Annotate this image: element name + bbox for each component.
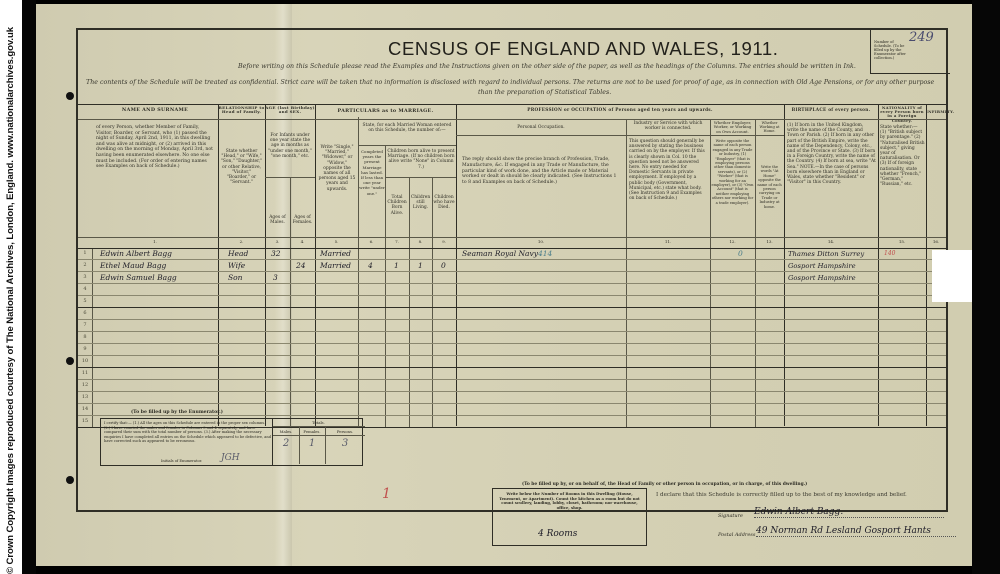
table-row: 5 (78, 296, 946, 308)
cell-marital-status: Married (320, 260, 351, 272)
table-row: 4 (78, 284, 946, 296)
cell-name: Edwin Samuel Bagg (100, 272, 177, 284)
copyright-strip: © Crown Copyright Images reproduced cour… (0, 0, 22, 574)
header-children-total: Total Children Born Alive. (385, 195, 409, 216)
row-line (78, 119, 946, 120)
cell-nationality-mark: 140 (884, 248, 895, 260)
row-line (265, 177, 315, 178)
instruction-line-2: The contents of the Schedule will be tre… (86, 79, 934, 86)
address-label: Postal Address (718, 532, 755, 538)
row-line (358, 145, 456, 146)
table-body: 1 Edwin Albert Bagg Head 32 Married Seam… (78, 248, 946, 427)
enumerator-initials-label: Initials of Enumerator. (161, 459, 202, 463)
header-nationality: NATIONALITY of every Person born in a Fo… (878, 106, 926, 123)
scan-border-right (972, 0, 1000, 574)
header-nationality-desc: State whether:— (1) "British subject by … (880, 125, 925, 187)
cell-children-living: 1 (418, 260, 423, 272)
table-row: 8 (78, 332, 946, 344)
table-row: 11 (78, 368, 946, 380)
signature-label: Signature (718, 513, 743, 519)
header-birthplace-desc: (1) If born in the United Kingdom, write… (787, 123, 876, 185)
row-line (385, 177, 456, 178)
row-number: 12 (80, 382, 90, 388)
row-number: 13 (80, 394, 90, 400)
household-table: NAME AND SURNAME of every Person, whethe… (78, 104, 946, 426)
form-title: CENSUS OF ENGLAND AND WALES, 1911. (388, 38, 779, 60)
col-number: 13. (755, 239, 784, 244)
header-age-females: Ages of Females. (290, 215, 315, 225)
header-relationship: RELATIONSHIP to Head of Family. (218, 106, 265, 115)
enumerator-totals: Totals. Males. Females. Persons. 2 1 3 (272, 419, 364, 465)
row-number: 6 (80, 310, 90, 316)
col-number: 14. (784, 239, 878, 244)
cell-children-died: 0 (441, 260, 446, 272)
instruction-line-3: than the preparation of Statistical Tabl… (478, 89, 611, 96)
header-age: AGE (last Birthday) and SEX. (265, 106, 315, 115)
cell-relationship: Head (228, 248, 248, 260)
col-number: 11. (626, 239, 710, 244)
row-number: 4 (80, 286, 90, 292)
row-line (626, 135, 784, 136)
redaction-block (932, 250, 972, 302)
copyright-notice: © Crown Copyright Images reproduced cour… (2, 0, 20, 574)
row-line (273, 426, 365, 427)
col-number: 16. (926, 239, 946, 244)
punch-hole (66, 92, 74, 100)
cell-years-married: 4 (368, 260, 373, 272)
header-personal-occupation-desc: The reply should show the precise branch… (462, 157, 622, 186)
col-number: 7. (385, 239, 409, 244)
females-label: Females. (299, 429, 325, 434)
row-line (273, 435, 365, 436)
header-industry: Industry or Service with which worker is… (628, 121, 708, 131)
enumerator-box: I certify that:— (1.) All the ages on th… (100, 418, 363, 466)
cell-name: Ethel Maud Bagg (100, 260, 166, 272)
header-age-desc: For Infants under one year state the age… (267, 133, 313, 159)
total-females: 1 (299, 438, 325, 449)
header-infirmity: INFIRMITY. (926, 109, 946, 114)
col-number: 10. (456, 239, 626, 244)
cell-relationship: Wife (228, 260, 245, 272)
instruction-line-1: Before writing on this Schedule please r… (238, 63, 856, 70)
cell-employer: 0 (738, 248, 743, 260)
rooms-instructions: Write below the Number of Rooms in this … (497, 492, 642, 510)
header-occupation: PROFESSION or OCCUPATION of Persons aged… (456, 107, 784, 112)
males-label: Males. (273, 429, 299, 434)
cell-age-male: 3 (273, 272, 278, 284)
schedule-number: 249 (909, 32, 934, 44)
cell-birthplace: Gosport Hampshire (788, 272, 856, 284)
row-number: 3 (80, 274, 90, 280)
declaration: I declare that this Schedule is correctl… (656, 492, 907, 498)
table-row: 10 (78, 356, 946, 368)
cell-age-female: 24 (296, 260, 306, 272)
col-number: 5. (315, 239, 358, 244)
table-row: 7 (78, 320, 946, 332)
table-row: 9 (78, 344, 946, 356)
header-children: Children born alive to present Marriage.… (386, 149, 456, 170)
row-number: 1 (80, 250, 90, 256)
punch-hole (66, 357, 74, 365)
cell-birthplace: Gosport Hampshire (788, 260, 856, 272)
cell-relationship: Son (228, 272, 242, 284)
header-employer-desc: Write opposite the name of each person e… (711, 139, 754, 205)
row-number: 7 (80, 322, 90, 328)
total-persons: 3 (325, 438, 365, 449)
head-section-title: (To be filled up by, or on behalf of, th… (522, 482, 807, 487)
red-tally-mark: 1 (382, 486, 391, 502)
header-age-males: Ages of Males. (265, 215, 290, 225)
table-row: 6 (78, 308, 946, 320)
enumerator-certification: I certify that:— (1.) All the ages on th… (104, 421, 272, 444)
signature: Edwin Albert Bagg. (754, 507, 944, 518)
row-number: 10 (80, 358, 90, 364)
enumerator-section-title: (To be filled up by the Enumerator.) (131, 410, 223, 415)
header-industry-desc: This question should generally be answer… (629, 139, 708, 201)
col-number: 12. (710, 239, 755, 244)
schedule-number-label: Number of Schedule. (To be filled up by … (874, 40, 908, 60)
row-number: 14 (80, 406, 90, 412)
header-employer: Whether Employer, Worker, or Working on … (711, 121, 754, 134)
header-home: Whether Working at Home. (756, 121, 783, 134)
col-number: 15. (878, 239, 926, 244)
table-row: 2 Ethel Maud Bagg Wife 24 Married 4 1 1 … (78, 260, 946, 272)
enumerator-initials: JGH (221, 453, 240, 463)
header-home-desc: Write the words "At Home" opposite the n… (756, 165, 783, 209)
col-number: 8. (409, 239, 432, 244)
cell-occupation: Seaman Royal Navy (462, 248, 538, 260)
col-number: 1. (92, 239, 218, 244)
table-row: 1 Edwin Albert Bagg Head 32 Married Seam… (78, 248, 946, 260)
row-number: 11 (80, 370, 90, 376)
persons-label: Persons. (325, 429, 365, 434)
totals-label: Totals. (273, 420, 364, 425)
header-personal-occupation: Personal Occupation. (456, 125, 626, 130)
row-number: 8 (80, 334, 90, 340)
census-form: CENSUS OF ENGLAND AND WALES, 1911. Befor… (36, 4, 972, 566)
cell-children-total: 1 (394, 260, 399, 272)
scan-border-left (22, 0, 36, 574)
rooms-box: Write below the Number of Rooms in this … (492, 488, 647, 546)
total-males: 2 (273, 438, 299, 449)
schedule-number-box: Number of Schedule. (To be filled up by … (870, 30, 950, 74)
header-birthplace: BIRTHPLACE of every person. (784, 107, 878, 112)
row-number: 5 (80, 298, 90, 304)
row-number: 2 (80, 262, 90, 268)
table-row: 12 (78, 380, 946, 392)
header-children-living: Children still Living. (409, 195, 432, 211)
punch-hole (66, 476, 74, 484)
header-years-married: Completed years the present Marriage has… (359, 149, 385, 196)
col-number: 9. (432, 239, 456, 244)
row-number: 15 (80, 418, 90, 424)
col-number: 3. (265, 239, 290, 244)
table-row: 13 (78, 392, 946, 404)
number-of-rooms: 4 Rooms (538, 529, 577, 539)
cell-marital-status: Married (320, 248, 351, 260)
col-number: 4. (290, 239, 315, 244)
header-marriage-status: Write "Single," "Married," "Widower," or… (317, 145, 357, 192)
header-married-women: State, for each Married Woman entered on… (360, 123, 454, 133)
header-name-desc: of every Person, whether Member of Famil… (96, 125, 214, 170)
table-row: 3 Edwin Samuel Bagg Son 3 Gosport Hampsh… (78, 272, 946, 284)
col-number: 6. (358, 239, 385, 244)
header-relationship-desc: State whether "Head," or "Wife," "Son," … (220, 149, 263, 185)
row-line (78, 237, 946, 238)
cell-age-male: 32 (271, 248, 281, 260)
header-children-died: Children who have Died. (432, 195, 456, 211)
header-marriage: PARTICULARS as to MARRIAGE. (315, 109, 456, 114)
header-name: NAME AND SURNAME (92, 108, 218, 113)
col-number: 2. (218, 239, 265, 244)
row-number: 9 (80, 346, 90, 352)
cell-occupation-code: 414 (538, 248, 552, 260)
cell-name: Edwin Albert Bagg (100, 248, 172, 260)
postal-address: 49 Norman Rd Lesland Gosport Hants (756, 526, 956, 537)
cell-birthplace: Thames Ditton Surrey (788, 248, 864, 260)
